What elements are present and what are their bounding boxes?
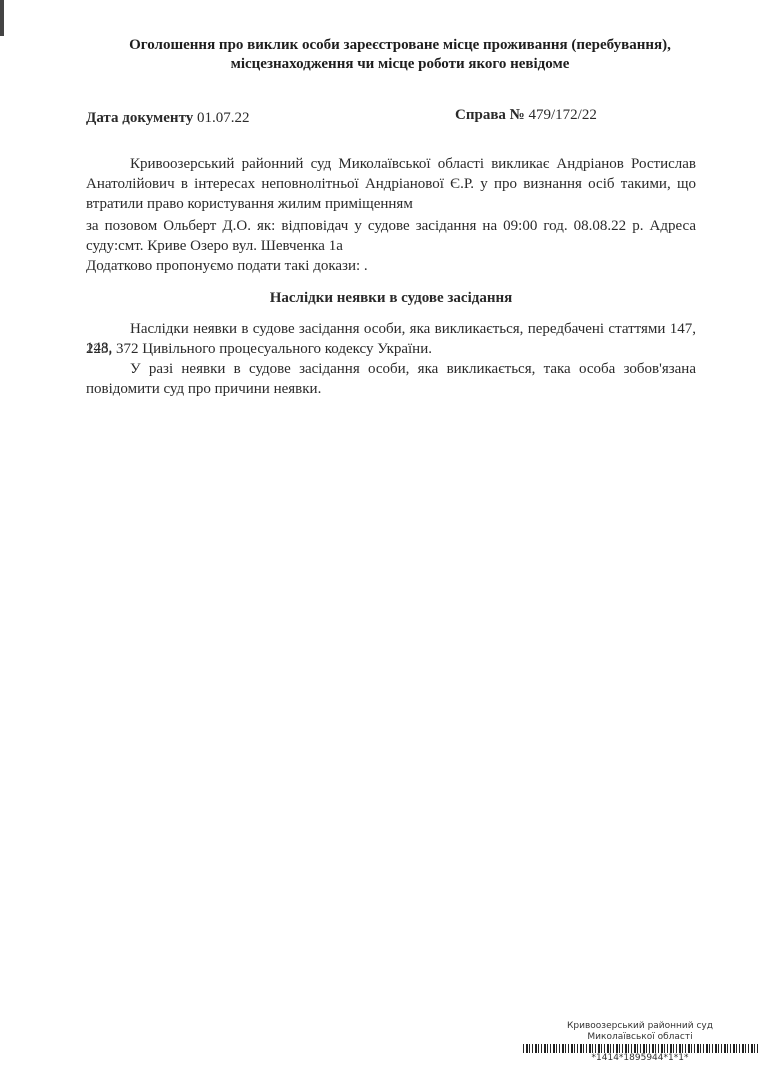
case-number: Справа № 479/172/22 — [455, 107, 597, 124]
barcode-icon — [523, 1044, 758, 1053]
case-value: 479/172/22 — [529, 107, 597, 123]
consequences-p2-line-1: У разі неявки в судове засідання особи, … — [86, 360, 696, 379]
body-line-6: Додатково пропонуємо подати такі докази:… — [86, 257, 696, 276]
date-value: 01.07.22 — [197, 110, 250, 126]
barcode-text: *1414*1895944*1*1* — [520, 1053, 760, 1064]
consequences-p1-line-2: 223, 372 Цивільного процесуального кодек… — [86, 340, 696, 359]
consequences-p2-line-2: повідомити суд про причини неявки. — [86, 380, 696, 399]
title-line-2: місцезнаходження чи місце роботи якого н… — [100, 55, 700, 74]
body-line-4: за позовом Ольберт Д.О. як: відповідач у… — [86, 217, 696, 236]
scan-edge-mark — [0, 0, 4, 36]
title-line-1: Оголошення про виклик особи зареєстрован… — [100, 36, 700, 55]
document-title: Оголошення про виклик особи зареєстрован… — [100, 36, 700, 74]
court-stamp: Кривоозерський районний суд Миколаївсько… — [520, 1021, 760, 1064]
body-line-1: Кривоозерський районний суд Миколаївсько… — [86, 155, 696, 174]
consequences-heading: Наслідки неявки в судове засідання — [86, 290, 696, 307]
case-label: Справа № — [455, 107, 525, 123]
stamp-line-2: Миколаївської області — [520, 1032, 760, 1043]
body-line-2: Анатолійович в інтересах неповнолітньої … — [86, 175, 696, 194]
document-date: Дата документу 01.07.22 — [86, 110, 250, 127]
date-label: Дата документу — [86, 110, 193, 126]
body-line-5: суду:смт. Криве Озеро вул. Шевченка 1а — [86, 237, 696, 256]
stamp-line-1: Кривоозерський районний суд — [520, 1021, 760, 1032]
body-line-3: втратили право користування жилим приміщ… — [86, 195, 696, 214]
